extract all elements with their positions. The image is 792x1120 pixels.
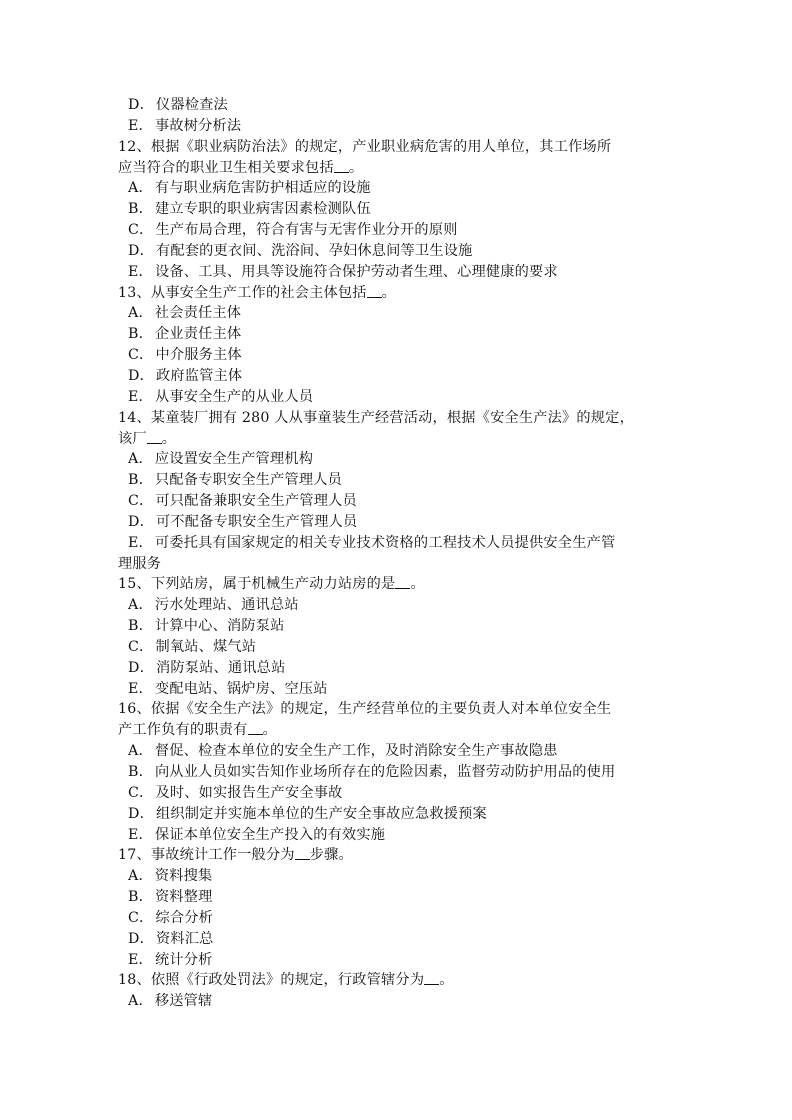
option-letter: C． xyxy=(128,222,153,238)
answer-option: D．政府监管主体 xyxy=(118,366,678,387)
question-text: 16、依据《安全生产法》的规定，生产经营单位的主要负责人对本单位安全生 xyxy=(118,699,678,720)
option-text: 从事安全生产的从业人员 xyxy=(155,389,313,405)
question-end: 。 xyxy=(263,722,277,738)
option-text: 消防泵站、通讯总站 xyxy=(156,660,286,676)
option-letter: C． xyxy=(128,910,153,926)
answer-option: C．制氧站、煤气站 xyxy=(118,637,678,658)
answer-option: E．统计分析 xyxy=(118,950,678,971)
question-continuation: 该厂。 xyxy=(118,429,678,450)
question-stem: 17、事故统计工作一般分为 xyxy=(118,847,295,863)
option-text: 建立专职的职业病害因素检测队伍 xyxy=(155,201,371,217)
answer-option: D．仪器检查法 xyxy=(118,95,678,116)
question-continuation: 产工作负有的职责有。 xyxy=(118,720,678,741)
option-text: 企业责任主体 xyxy=(155,326,241,342)
question-end: 。 xyxy=(349,160,363,176)
document-page: D．仪器检查法E．事故树分析法12、根据《职业病防治法》的规定，产业职业病危害的… xyxy=(118,95,678,1012)
option-letter: E． xyxy=(128,264,153,280)
answer-option: E．从事安全生产的从业人员 xyxy=(118,387,678,408)
option-letter: E． xyxy=(128,389,153,405)
option-text: 社会责任主体 xyxy=(155,305,241,321)
fill-in-blank xyxy=(395,575,410,589)
option-letter: E． xyxy=(128,118,153,134)
answer-option: A．有与职业病危害防护相适应的设施 xyxy=(118,178,678,199)
option-letter: D． xyxy=(128,368,154,384)
answer-option: B．资料整理 xyxy=(118,887,678,908)
question-stem: 应当符合的职业卫生相关要求包括 xyxy=(118,160,334,176)
answer-option: E．变配电站、锅炉房、空压站 xyxy=(118,679,678,700)
option-text: 仪器检查法 xyxy=(156,97,228,113)
option-text: 移送管辖 xyxy=(155,993,213,1009)
question-end: 。 xyxy=(439,972,453,988)
answer-option: B．计算中心、消防泵站 xyxy=(118,616,678,637)
answer-option: B．只配备专职安全生产管理人员 xyxy=(118,470,678,491)
question-text: 18、依照《行政处罚法》的规定，行政管辖分为。 xyxy=(118,970,678,991)
answer-option: E．设备、工具、用具等设施符合保护劳动者生理、心理健康的要求 xyxy=(118,262,678,283)
option-letter: B． xyxy=(128,201,153,217)
option-text: 及时、如实报告生产安全事故 xyxy=(155,785,342,801)
answer-option: E．可委托具有国家规定的相关专业技术资格的工程技术人员提供安全生产管 xyxy=(118,533,678,554)
option-letter: C． xyxy=(128,347,153,363)
continued-text: 理服务 xyxy=(118,554,678,575)
option-text: 政府监管主体 xyxy=(156,368,242,384)
option-letter: A． xyxy=(128,180,153,196)
option-letter: D． xyxy=(128,514,154,530)
option-letter: E． xyxy=(128,681,153,697)
option-letter: C． xyxy=(128,493,153,509)
answer-option: D．有配套的更衣间、洗浴间、孕妇休息间等卫生设施 xyxy=(118,241,678,262)
option-text: 统计分析 xyxy=(155,952,213,968)
fill-in-blank xyxy=(334,159,349,173)
option-text: 污水处理站、通讯总站 xyxy=(155,597,299,613)
option-text: 资料汇总 xyxy=(156,931,214,947)
answer-option: C．中介服务主体 xyxy=(118,345,678,366)
option-letter: A． xyxy=(128,868,153,884)
option-letter: D． xyxy=(128,97,154,113)
option-text: 变配电站、锅炉房、空压站 xyxy=(155,681,328,697)
option-letter: D． xyxy=(128,931,154,947)
option-letter: B． xyxy=(128,889,153,905)
answer-option: A．应设置安全生产管理机构 xyxy=(118,449,678,470)
option-text: 有配套的更衣间、洗浴间、孕妇休息间等卫生设施 xyxy=(156,243,473,259)
option-text: 制氧站、煤气站 xyxy=(155,639,256,655)
option-text: 资料搜集 xyxy=(155,868,213,884)
option-text: 只配备专职安全生产管理人员 xyxy=(155,472,342,488)
option-text: 组织制定并实施本单位的生产安全事故应急救援预案 xyxy=(156,806,487,822)
question-stem: 13、从事安全生产工作的社会主体包括 xyxy=(118,285,367,301)
answer-option: D．消防泵站、通讯总站 xyxy=(118,658,678,679)
question-stem: 产工作负有的职责有 xyxy=(118,722,248,738)
option-letter: A． xyxy=(128,451,153,467)
option-letter: E． xyxy=(128,952,153,968)
question-text: 14、某童装厂拥有 280 人从事童装生产经营活动，根据《安全生产法》的规定， xyxy=(118,408,678,429)
question-continuation: 应当符合的职业卫生相关要求包括。 xyxy=(118,158,678,179)
answer-option: B．企业责任主体 xyxy=(118,324,678,345)
option-letter: B． xyxy=(128,764,153,780)
fill-in-blank xyxy=(295,846,310,860)
option-letter: D． xyxy=(128,243,154,259)
option-text: 督促、检查本单位的安全生产工作，及时消除安全生产事故隐患 xyxy=(155,743,558,759)
option-letter: D． xyxy=(128,660,154,676)
option-text: 有与职业病危害防护相适应的设施 xyxy=(155,180,371,196)
option-letter: E． xyxy=(128,535,153,551)
option-letter: D． xyxy=(128,806,154,822)
option-text: 向从业人员如实告知作业场所存在的危险因素，监督劳动防护用品的使用 xyxy=(155,764,615,780)
question-text: 17、事故统计工作一般分为步骤。 xyxy=(118,845,678,866)
answer-option: D．可不配备专职安全生产管理人员 xyxy=(118,512,678,533)
question-text: 12、根据《职业病防治法》的规定，产业职业病危害的用人单位，其工作场所 xyxy=(118,137,678,158)
answer-option: A．资料搜集 xyxy=(118,866,678,887)
option-letter: B． xyxy=(128,618,153,634)
option-letter: C． xyxy=(128,639,153,655)
fill-in-blank xyxy=(424,971,439,985)
answer-option: B．向从业人员如实告知作业场所存在的危险因素，监督劳动防护用品的使用 xyxy=(118,762,678,783)
answer-option: C．及时、如实报告生产安全事故 xyxy=(118,783,678,804)
answer-option: B．建立专职的职业病害因素检测队伍 xyxy=(118,199,678,220)
fill-in-blank xyxy=(248,721,263,735)
option-text: 生产布局合理，符合有害与无害作业分开的原则 xyxy=(155,222,457,238)
fill-in-blank xyxy=(147,430,162,444)
option-letter: E． xyxy=(128,827,153,843)
answer-option: C．生产布局合理，符合有害与无害作业分开的原则 xyxy=(118,220,678,241)
question-stem: 该厂 xyxy=(118,431,147,447)
question-stem: 18、依照《行政处罚法》的规定，行政管辖分为 xyxy=(118,972,424,988)
question-end: 。 xyxy=(382,285,396,301)
option-text: 应设置安全生产管理机构 xyxy=(155,451,313,467)
answer-option: C．可只配备兼职安全生产管理人员 xyxy=(118,491,678,512)
answer-option: A．社会责任主体 xyxy=(118,303,678,324)
answer-option: A．督促、检查本单位的安全生产工作，及时消除安全生产事故隐患 xyxy=(118,741,678,762)
option-letter: A． xyxy=(128,597,153,613)
option-letter: B． xyxy=(128,326,153,342)
option-text: 设备、工具、用具等设施符合保护劳动者生理、心理健康的要求 xyxy=(155,264,558,280)
answer-option: C．综合分析 xyxy=(118,908,678,929)
answer-option: A．移送管辖 xyxy=(118,991,678,1012)
option-text: 综合分析 xyxy=(155,910,213,926)
option-letter: A． xyxy=(128,993,153,1009)
question-stem: 15、下列站房，属于机械生产动力站房的是 xyxy=(118,576,395,592)
question-end: 步骤。 xyxy=(310,847,353,863)
option-text: 计算中心、消防泵站 xyxy=(155,618,285,634)
option-text: 中介服务主体 xyxy=(155,347,241,363)
answer-option: D．组织制定并实施本单位的生产安全事故应急救援预案 xyxy=(118,804,678,825)
question-text: 13、从事安全生产工作的社会主体包括。 xyxy=(118,283,678,304)
option-text: 资料整理 xyxy=(155,889,213,905)
option-text: 事故树分析法 xyxy=(155,118,241,134)
question-end: 。 xyxy=(162,431,176,447)
fill-in-blank xyxy=(367,284,382,298)
option-letter: B． xyxy=(128,472,153,488)
option-text: 可只配备兼职安全生产管理人员 xyxy=(155,493,356,509)
option-text: 保证本单位安全生产投入的有效实施 xyxy=(155,827,385,843)
answer-option: D．资料汇总 xyxy=(118,929,678,950)
option-letter: A． xyxy=(128,743,153,759)
answer-option: E．事故树分析法 xyxy=(118,116,678,137)
option-letter: C． xyxy=(128,785,153,801)
question-text: 15、下列站房，属于机械生产动力站房的是。 xyxy=(118,574,678,595)
question-end: 。 xyxy=(410,576,424,592)
option-text: 可不配备专职安全生产管理人员 xyxy=(156,514,357,530)
option-text: 可委托具有国家规定的相关专业技术资格的工程技术人员提供安全生产管 xyxy=(155,535,615,551)
option-letter: A． xyxy=(128,305,153,321)
answer-option: A．污水处理站、通讯总站 xyxy=(118,595,678,616)
answer-option: E．保证本单位安全生产投入的有效实施 xyxy=(118,825,678,846)
